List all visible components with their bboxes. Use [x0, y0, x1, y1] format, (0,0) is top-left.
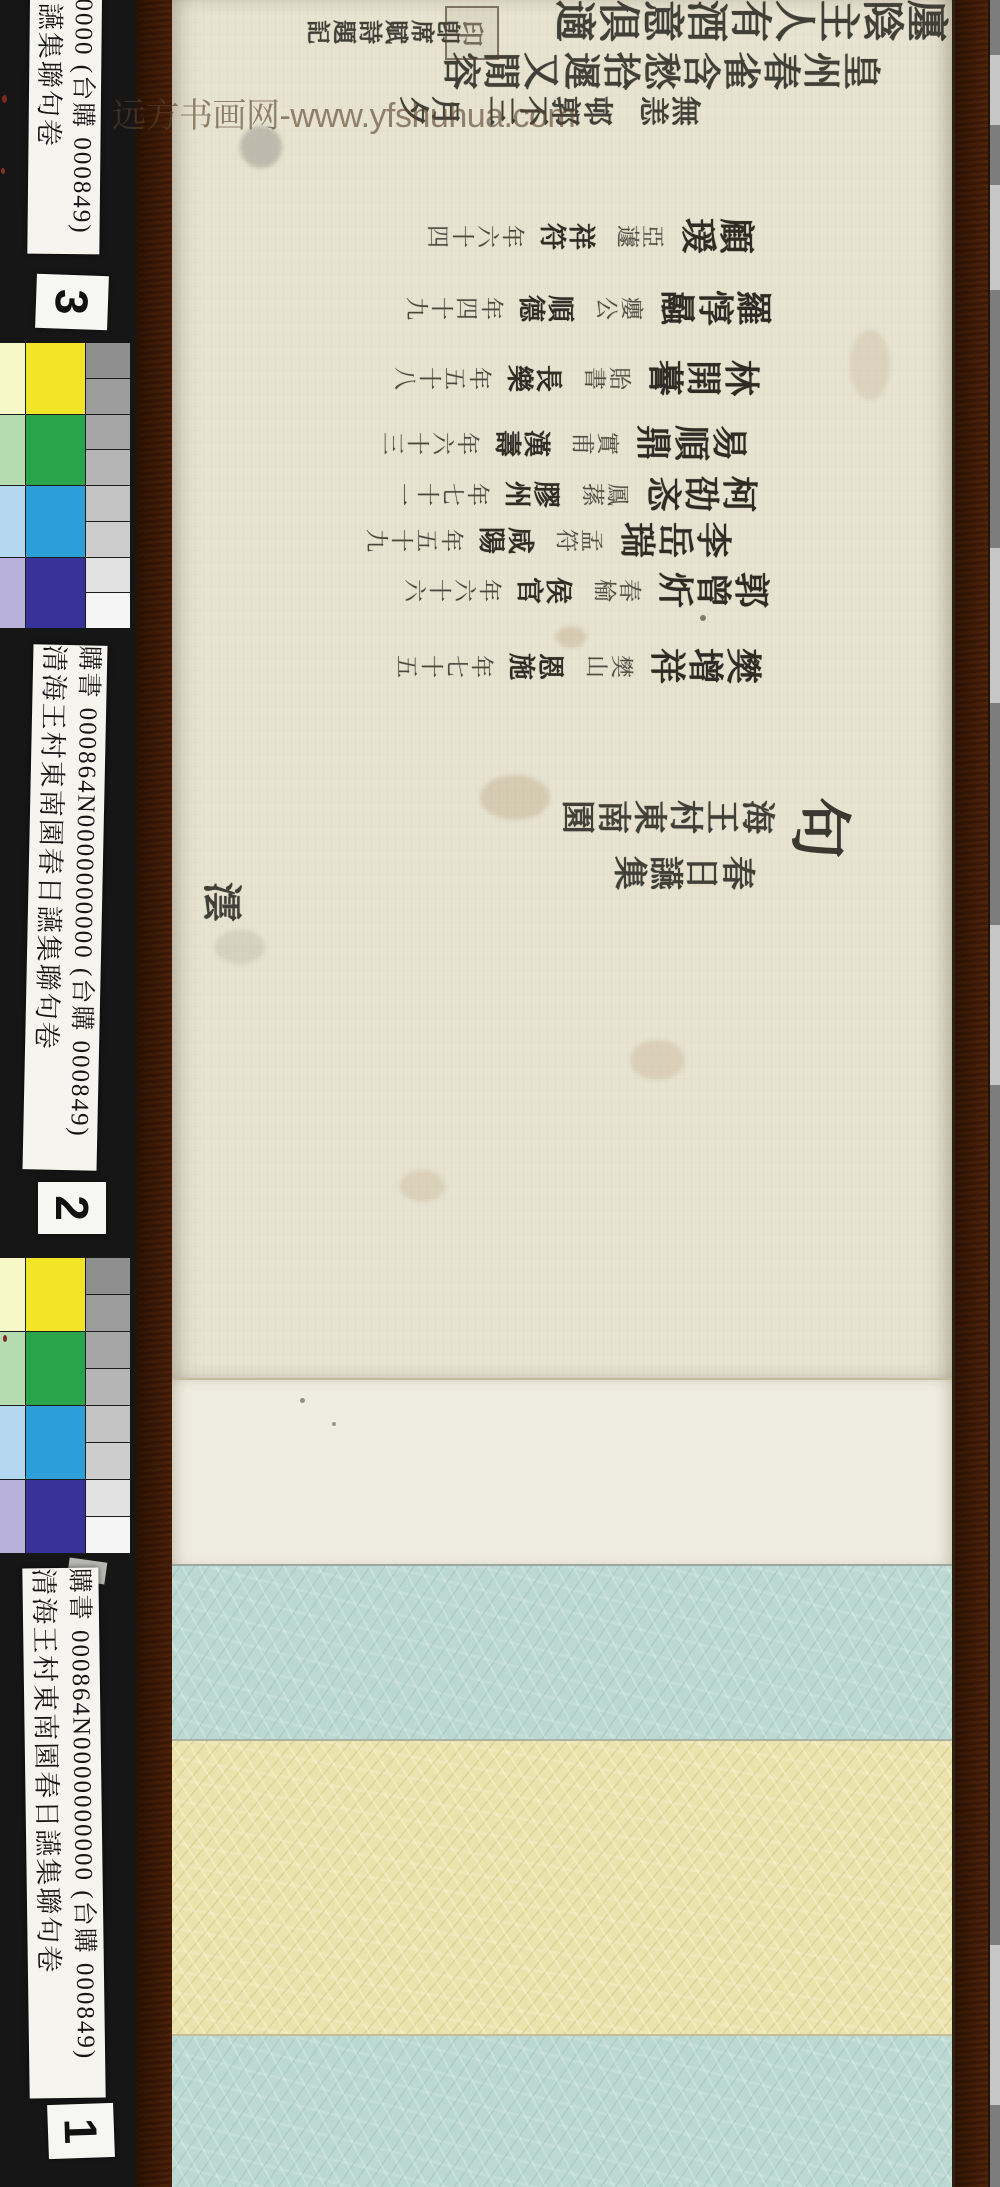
- calligraphy-char: 四: [426, 225, 449, 248]
- calligraphy-char: 皇: [841, 52, 879, 90]
- calligraphy-char: 恙: [637, 96, 667, 126]
- attendee-place: 長樂: [504, 365, 562, 392]
- attendee-name: 李岳瑞: [618, 522, 732, 558]
- calligraphy-char: 有: [729, 0, 771, 42]
- calligraphy-char: 甫: [571, 432, 594, 455]
- attendee-age: 年六十六: [402, 579, 502, 602]
- attendee-place: 恩施: [506, 653, 564, 680]
- calligraphy-char: 南: [596, 800, 630, 834]
- ink-dot: [700, 615, 706, 621]
- calligraphy-line: 卽席賦詩題記: [304, 20, 460, 44]
- calligraphy-char: 集: [612, 856, 646, 890]
- calligraphy-char: 十: [390, 529, 413, 552]
- calligraphy-char: 主: [817, 0, 859, 42]
- scroll-blue-brocade-1: [172, 1564, 952, 1741]
- calligraphy-char: 鳳: [606, 483, 629, 506]
- calligraphy-char: 八: [393, 367, 416, 390]
- calligraphy-char: 適: [553, 0, 595, 42]
- scroll-title-line: 春日讌集: [611, 856, 755, 890]
- attendee-courtesy: 鳳蓀: [580, 483, 630, 506]
- scroll-title-text: 清海王村東南園春日讌集聯句卷: [29, 1568, 65, 2098]
- calligraphy-char: 增: [687, 648, 723, 684]
- calligraphy-char: 讌: [648, 856, 682, 890]
- calligraphy-char: 三: [381, 432, 404, 455]
- calligraphy-char: 榆: [593, 579, 616, 602]
- calligraphy-char: 柯: [721, 476, 757, 512]
- calligraphy-char: 祥: [567, 223, 594, 250]
- catalog-label-top: 購書 000864N0000000000 (台購 000849) 清海王村東南園…: [27, 0, 104, 254]
- attendee-name: 樊增祥: [648, 648, 762, 684]
- calligraphy-char: 七: [441, 483, 464, 506]
- calligraphy-char: 亞: [641, 225, 664, 248]
- film-dust-speck: [2, 95, 7, 103]
- catalog-label-bottom: 購書 000864N0000000000 (台購 000849) 清海王村東南園…: [22, 1567, 105, 2098]
- film-dust-speck: [3, 1335, 7, 1342]
- calligraphy-char: 十: [430, 297, 453, 320]
- calligraphy-char: 四: [455, 297, 478, 320]
- calligraphy-char: 癭: [620, 297, 643, 320]
- calligraphy-char: 書: [583, 367, 606, 390]
- attendee-row: 李岳瑞孟符咸陽年五十九: [364, 522, 732, 558]
- calligraphy-char: 開: [685, 360, 721, 396]
- sequence-badge-1: 1: [47, 2103, 115, 2159]
- calligraphy-char: 七: [445, 655, 468, 678]
- calligraphy-char: 澐: [201, 882, 241, 922]
- calligraphy-char: 又: [521, 52, 559, 90]
- attendee-row: 顧瑗亞蘧祥符年六十四: [425, 218, 755, 254]
- calligraphy-char: 王: [704, 800, 738, 834]
- attendee-age: 年七十五: [394, 655, 494, 678]
- calligraphy-char: 林: [723, 360, 759, 396]
- calligraphy-char: 十: [420, 655, 443, 678]
- calligraphy-char: 五: [443, 367, 466, 390]
- color-swatch: [26, 1406, 85, 1479]
- color-swatch: [86, 1295, 130, 1331]
- color-swatch: [86, 1443, 130, 1479]
- seal-impression: 印: [445, 6, 499, 60]
- calligraphy-char: 遲: [561, 52, 599, 90]
- color-swatch: [0, 1258, 25, 1331]
- calligraphy-char: 瑞: [619, 522, 655, 558]
- color-swatch: [26, 1258, 85, 1331]
- calligraphy-char: 六: [453, 579, 476, 602]
- scroll-paper-section: [172, 0, 952, 1378]
- calligraphy-char: 蓀: [581, 483, 604, 506]
- calligraphy-char: 祥: [649, 648, 685, 684]
- color-swatch: [86, 379, 130, 414]
- ink-dot: [300, 1398, 305, 1403]
- color-swatch: [0, 1332, 25, 1405]
- attendee-place: 咸陽: [476, 527, 534, 554]
- scroll-title-line: 海王村東南園: [559, 800, 775, 834]
- color-swatch: [0, 486, 25, 557]
- attendee-name: 易順鼎: [634, 425, 748, 461]
- color-swatch: [26, 486, 85, 557]
- scroll-title-text: 清海王村東南園春日讌集聯句卷: [33, 0, 67, 254]
- catalog-number-text: 購書 000864N0000000000 (台購 000849): [67, 0, 99, 254]
- scroll-silk-border-right: [952, 0, 990, 2187]
- fox-stain: [556, 626, 586, 648]
- calligraphy-char: 年: [456, 432, 479, 455]
- attendee-age: 年七十一: [390, 483, 490, 506]
- calligraphy-char: 德: [517, 295, 544, 322]
- calligraphy-char: 惇: [697, 290, 733, 326]
- calligraphy-char: 賦: [383, 20, 407, 44]
- calligraphy-char: 孟: [580, 529, 603, 552]
- color-swatch: [0, 415, 25, 486]
- color-chart-column: [26, 343, 85, 628]
- calligraphy-char: 東: [632, 800, 666, 834]
- calligraphy-char: 公: [595, 297, 618, 320]
- calligraphy-char: 符: [555, 529, 578, 552]
- calligraphy-char: 十: [406, 432, 429, 455]
- calligraphy-char: 十: [418, 367, 441, 390]
- calligraphy-char: 十: [428, 579, 451, 602]
- calligraphy-char: 六: [431, 432, 454, 455]
- color-swatch: [86, 450, 130, 485]
- calligraphy-char: 顧: [718, 218, 754, 254]
- attendee-row: 林開謩貽書長樂年五十八: [392, 360, 760, 396]
- calligraphy-char: 漢: [522, 430, 549, 457]
- attendee-name: 柯劭忞: [644, 476, 758, 512]
- calligraphy-char: 意: [641, 0, 683, 42]
- catalog-number-text: 購書 000864N0000000000 (台購 000849): [65, 1568, 99, 2098]
- fox-stain: [630, 1040, 685, 1080]
- calligraphy-line: 皇州春雀含愁拾遲又閒容: [440, 52, 880, 90]
- calligraphy-char: 山: [585, 655, 608, 678]
- calligraphy-char: 十: [416, 483, 439, 506]
- calligraphy-char: 年: [478, 579, 501, 602]
- scroll-title-text: 清海王村東南園春日讌集聯句卷: [29, 644, 68, 1169]
- attendee-place: 祥符: [537, 223, 595, 250]
- scanned-scroll-plate: 廛陰主人有酒意倶適 皇州春雀含愁拾遲又閒容 無恙邨郭不三月夕 卽席賦詩題記 印 …: [0, 0, 1000, 2187]
- scroll-yellow-brocade: [172, 1739, 952, 2036]
- color-swatch: [86, 1369, 130, 1405]
- calligraphy-char: 春: [618, 579, 641, 602]
- calligraphy-char: 膠: [532, 481, 559, 508]
- calligraphy-char: 實: [596, 432, 619, 455]
- website-watermark: 远方书画网-www.yfshuhua.com: [112, 88, 575, 137]
- calligraphy-char: 村: [668, 800, 702, 834]
- calligraphy-char: 施: [507, 653, 534, 680]
- color-swatch: [86, 343, 130, 378]
- calligraphy-char: 日: [684, 856, 718, 890]
- gray-stain: [215, 930, 265, 964]
- scroll-blank-paper-band: [172, 1378, 952, 1566]
- color-swatch: [86, 1332, 130, 1368]
- catalog-number-text: 購書 000864N0000000000 (台購 000849): [64, 645, 101, 1170]
- calligraphy-char: 春: [720, 856, 754, 890]
- calligraphy-char: 席: [409, 20, 433, 44]
- color-swatch: [86, 558, 130, 593]
- color-chart-column: [86, 343, 130, 628]
- calligraphy-char: 五: [395, 655, 418, 678]
- calligraphy-char: 官: [515, 577, 542, 604]
- scroll-blue-brocade-2: [172, 2034, 952, 2187]
- sequence-badge-2: 2: [38, 1182, 106, 1234]
- calligraphy-char: 咸: [506, 527, 533, 554]
- calligraphy-char: 樊: [610, 655, 633, 678]
- calligraphy-char: 曧: [659, 290, 695, 326]
- calligraphy-char: 易: [711, 425, 747, 461]
- color-swatch: [86, 1517, 130, 1553]
- attendee-row: 樊增祥樊山恩施年七十五: [394, 648, 762, 684]
- calligraphy-char: 無: [669, 96, 699, 126]
- color-swatch: [86, 486, 130, 521]
- calligraphy-char: 人: [773, 0, 815, 42]
- attendee-place: 漢壽: [492, 430, 550, 457]
- calligraphy-char: 酒: [685, 0, 727, 42]
- color-chart-column: [26, 1258, 85, 1553]
- seal-character: 印: [453, 20, 490, 46]
- calligraphy-char: 記: [305, 20, 329, 44]
- calligraphy-char: 題: [331, 20, 355, 44]
- calligraphy-char: 廛: [905, 0, 947, 42]
- color-swatch: [86, 1480, 130, 1516]
- color-calibration-chart: [0, 1258, 130, 1553]
- fox-stain: [400, 1170, 445, 1202]
- title-big-character: 句: [786, 792, 850, 863]
- calligraphy-char: 羅: [735, 290, 771, 326]
- calligraphy-char: 九: [405, 297, 428, 320]
- calligraphy-char: 年: [440, 529, 463, 552]
- calligraphy-char: 五: [415, 529, 438, 552]
- color-chart-column: [86, 1258, 130, 1553]
- calligraphy-char: 雀: [721, 52, 759, 90]
- calligraphy-char: 炘: [657, 572, 693, 608]
- attendee-place: 順德: [516, 295, 574, 322]
- color-chart-column: [0, 343, 25, 628]
- calligraphy-char: 年: [480, 297, 503, 320]
- calligraphy-char: 年: [501, 225, 524, 248]
- calligraphy-char: 九: [365, 529, 388, 552]
- calligraphy-char: 忞: [645, 476, 681, 512]
- calligraphy-char: 州: [503, 481, 530, 508]
- color-swatch: [86, 1258, 130, 1294]
- calligraphy-char: 曾: [695, 572, 731, 608]
- calligraphy-char: 園: [560, 800, 594, 834]
- fox-stain: [480, 775, 550, 820]
- calligraphy-char: 六: [476, 225, 499, 248]
- calligraphy-char: 州: [801, 52, 839, 90]
- attendee-name: 林開謩: [646, 360, 760, 396]
- calligraphy-char: 年: [468, 367, 491, 390]
- attendee-courtesy: 癭公: [594, 297, 644, 320]
- calligraphy-char: 十: [451, 225, 474, 248]
- calligraphy-char: 詩: [357, 20, 381, 44]
- attendee-name: 顧瑗: [679, 218, 755, 254]
- color-swatch: [86, 1406, 130, 1442]
- attendee-courtesy: 春榆: [592, 579, 642, 602]
- calligraphy-char: 壽: [493, 430, 520, 457]
- sequence-number: 2: [45, 1195, 99, 1221]
- attendee-age: 年四十九: [404, 297, 504, 320]
- calligraphy-line: 廛陰主人有酒意倶適: [552, 0, 948, 42]
- color-swatch: [86, 593, 130, 628]
- calligraphy-char: 侯: [544, 577, 571, 604]
- film-dust-speck: [1, 168, 5, 174]
- ink-dot: [332, 1422, 336, 1426]
- color-swatch: [0, 558, 25, 629]
- color-swatch: [26, 415, 85, 486]
- attendee-courtesy: 實甫: [570, 432, 620, 455]
- color-chart-column: [0, 1258, 25, 1553]
- calligraphy-char: 貽: [608, 367, 631, 390]
- attendee-place: 膠州: [502, 481, 560, 508]
- calligraphy-char: 謩: [647, 360, 683, 396]
- calligraphy-char: 劭: [683, 476, 719, 512]
- calligraphy-char: 陰: [861, 0, 903, 42]
- color-swatch: [0, 1406, 25, 1479]
- color-swatch: [86, 522, 130, 557]
- calligraphy-char: 李: [695, 522, 731, 558]
- calligraphy-char: 符: [538, 223, 565, 250]
- attendee-age: 年六十三: [380, 432, 480, 455]
- calligraphy-char: 蘧: [616, 225, 639, 248]
- calligraphy-char: 順: [546, 295, 573, 322]
- calligraphy-char: 恩: [536, 653, 563, 680]
- calligraphy-char: 含: [681, 52, 719, 90]
- color-swatch: [0, 1480, 25, 1553]
- color-swatch: [86, 415, 130, 450]
- compiler-signature: 澐: [200, 882, 242, 922]
- color-swatch: [26, 1480, 85, 1553]
- calligraphy-char: 拾: [601, 52, 639, 90]
- attendee-row: 郭曾炘春榆侯官年六十六: [402, 572, 770, 608]
- calligraphy-char: 愁: [641, 52, 679, 90]
- color-swatch: [26, 343, 85, 414]
- catalog-label-middle: 購書 000864N0000000000 (台購 000849) 清海王村東南園…: [23, 644, 108, 1170]
- fox-stain: [850, 330, 890, 400]
- calligraphy-char: 樊: [725, 648, 761, 684]
- calligraphy-char: 陽: [477, 527, 504, 554]
- calligraphy-char: 邨: [581, 96, 611, 126]
- attendee-age: 年五十八: [392, 367, 492, 390]
- calligraphy-char: 鼎: [635, 425, 671, 461]
- calligraphy-char: 年: [466, 483, 489, 506]
- attendee-row: 易順鼎實甫漢壽年六十三: [380, 425, 748, 461]
- color-swatch: [26, 1332, 85, 1405]
- calligraphy-char: 樂: [505, 365, 532, 392]
- sequence-badge-3: 3: [35, 274, 109, 330]
- calligraphy-char: 瑗: [680, 218, 716, 254]
- calligraphy-char: 句: [787, 797, 849, 859]
- attendee-courtesy: 樊山: [584, 655, 634, 678]
- calligraphy-char: 海: [740, 800, 774, 834]
- attendee-name: 羅惇曧: [658, 290, 772, 326]
- calligraphy-char: 順: [673, 425, 709, 461]
- calligraphy-char: 倶: [597, 0, 639, 42]
- attendee-courtesy: 亞蘧: [615, 225, 665, 248]
- color-swatch: [0, 343, 25, 414]
- attendee-courtesy: 貽書: [582, 367, 632, 390]
- calligraphy-char: 岳: [657, 522, 693, 558]
- color-calibration-chart: [0, 343, 130, 628]
- attendee-place: 侯官: [514, 577, 572, 604]
- color-swatch: [26, 558, 85, 629]
- calligraphy-char: 郭: [733, 572, 769, 608]
- attendee-age: 年五十九: [364, 529, 464, 552]
- calligraphy-char: 春: [761, 52, 799, 90]
- attendee-age: 年六十四: [425, 225, 525, 248]
- calligraphy-char: 長: [534, 365, 561, 392]
- attendee-name: 郭曾炘: [656, 572, 770, 608]
- calligraphy-char: 年: [470, 655, 493, 678]
- calligraphy-char: 一: [391, 483, 414, 506]
- sequence-number: 3: [45, 288, 100, 315]
- calligraphy-char: 六: [403, 579, 426, 602]
- sequence-number: 1: [54, 2117, 109, 2144]
- attendee-row: 柯劭忞鳳蓀膠州年七十一: [390, 476, 758, 512]
- attendee-row: 羅惇曧癭公順德年四十九: [404, 290, 772, 326]
- attendee-courtesy: 孟符: [554, 529, 604, 552]
